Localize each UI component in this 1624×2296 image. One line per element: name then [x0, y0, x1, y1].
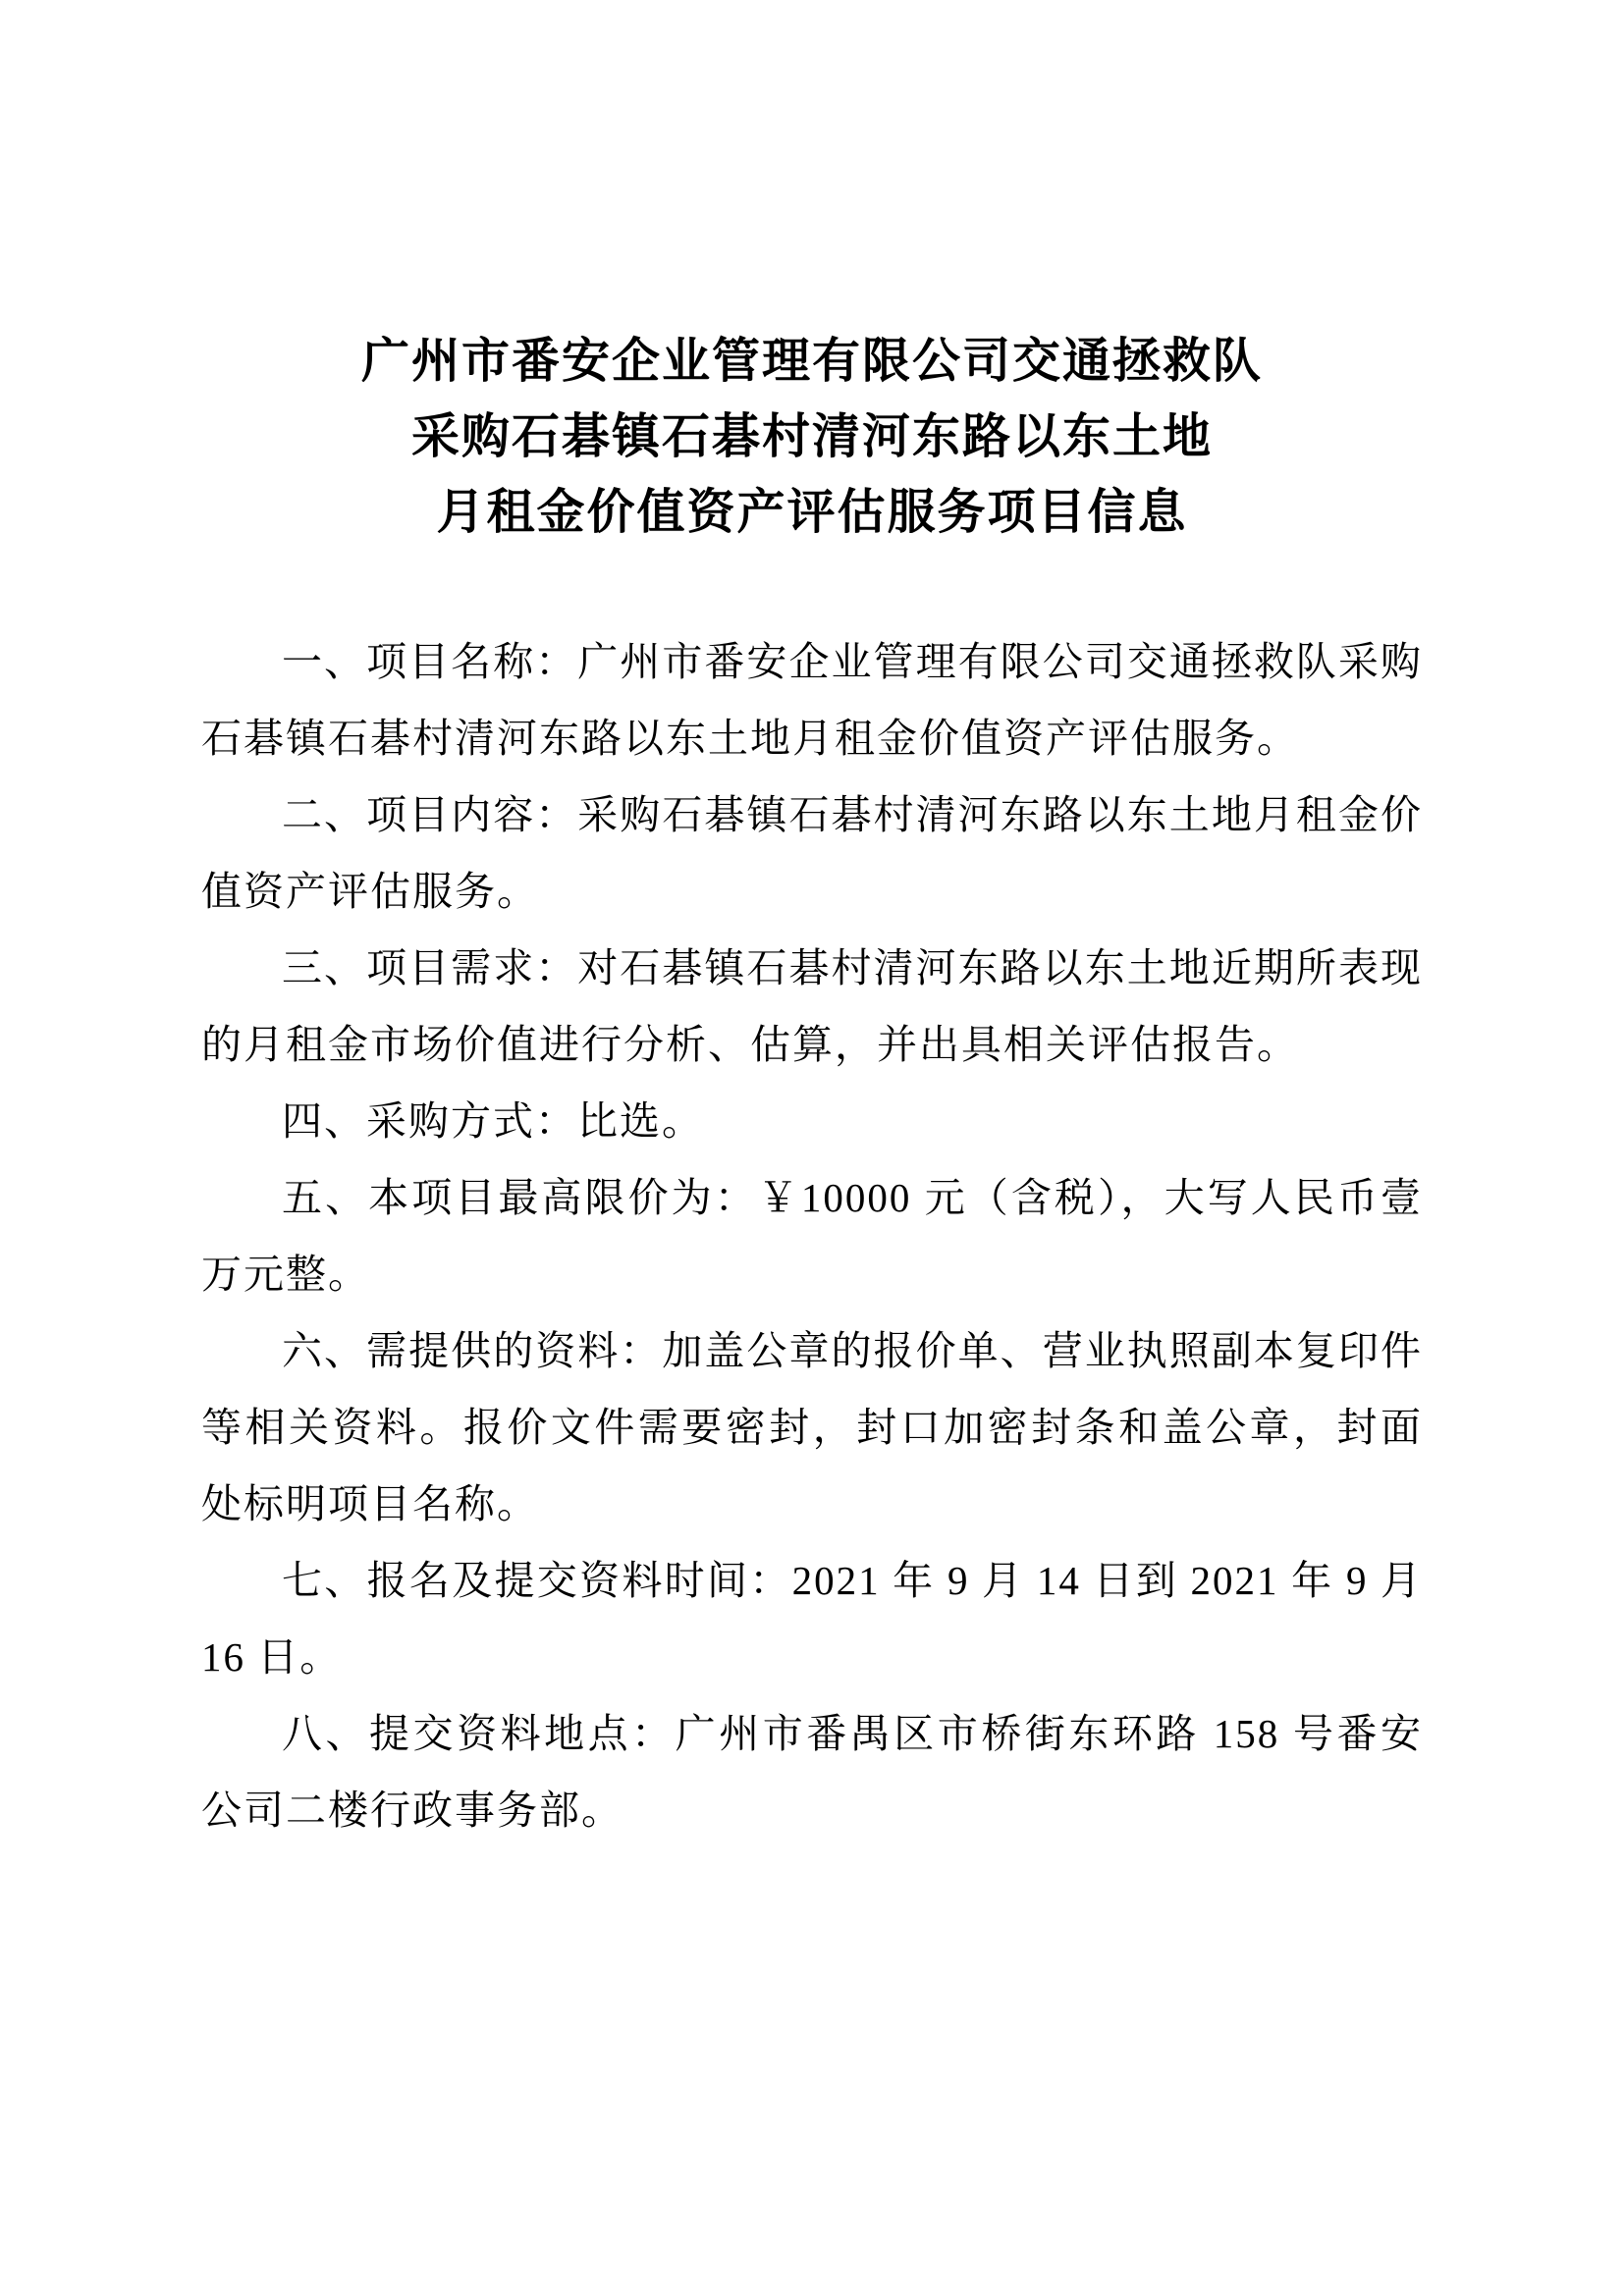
paragraph-submission-time: 七、报名及提交资料时间：2021 年 9 月 14 日到 2021 年 9 月 …: [201, 1542, 1423, 1695]
paragraph-required-materials: 六、需提供的资料：加盖公章的报价单、营业执照副本复印件等相关资料。报价文件需要密…: [201, 1312, 1423, 1542]
paragraph-project-requirements: 三、项目需求：对石碁镇石碁村清河东路以东土地近期所表现的月租金市场价值进行分析、…: [201, 930, 1423, 1083]
paragraph-project-content: 二、项目内容：采购石碁镇石碁村清河东路以东土地月租金价值资产评估服务。: [201, 776, 1423, 930]
document-page: 广州市番安企业管理有限公司交通拯救队 采购石碁镇石碁村清河东路以东土地 月租金价…: [0, 0, 1624, 2296]
paragraph-project-name: 一、项目名称：广州市番安企业管理有限公司交通拯救队采购石碁镇石碁村清河东路以东土…: [201, 623, 1423, 776]
paragraph-price-limit: 五、本项目最高限价为：￥10000 元（含税），大写人民币壹万元整。: [201, 1159, 1423, 1312]
paragraph-submission-location: 八、提交资料地点：广州市番禺区市桥街东环路 158 号番安公司二楼行政事务部。: [201, 1695, 1423, 1848]
document-body: 一、项目名称：广州市番安企业管理有限公司交通拯救队采购石碁镇石碁村清河东路以东土…: [201, 623, 1423, 1848]
title-line-3: 月租金价值资产评估服务项目信息: [201, 474, 1423, 550]
paragraph-procurement-method: 四、采购方式：比选。: [201, 1083, 1423, 1159]
title-line-2: 采购石碁镇石碁村清河东路以东土地: [201, 399, 1423, 474]
title-line-1: 广州市番安企业管理有限公司交通拯救队: [201, 323, 1423, 399]
document-title: 广州市番安企业管理有限公司交通拯救队 采购石碁镇石碁村清河东路以东土地 月租金价…: [201, 323, 1423, 550]
